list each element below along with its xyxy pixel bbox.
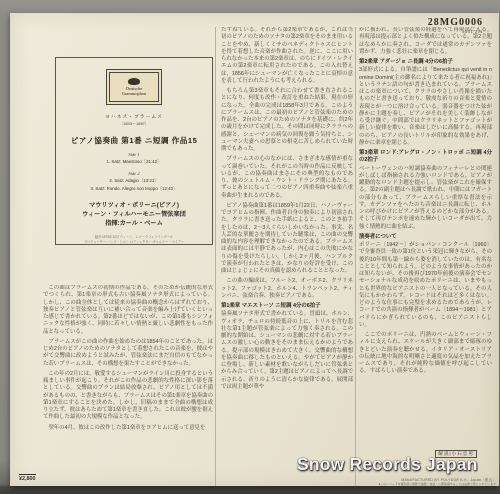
- paragraph: この曲の編成は、フルート2、オーボエ2、クラリネット2、ファゴット2、ホルン4、…: [221, 278, 353, 300]
- performers-section-heading: 演奏者について: [359, 234, 492, 241]
- paragraph: 翌年の4月、彼はこの改作した第1楽章をヨアヒムに送って意見を: [43, 425, 213, 432]
- side1-label: Side 1: [56, 152, 212, 157]
- side2-track1: 2. Satz: Adagio〔13:21〕: [56, 178, 212, 184]
- paragraph: この曲はブラームスの初期の作品である。そのためか伝統的な形式でつくられ、第1楽章…: [43, 285, 213, 336]
- composer-dates: 〔1833〜1897〕: [56, 121, 212, 127]
- paragraph: ブラームスがこの曲の作曲を始めたのは1854年のことであった。はじめ2台のピアノ…: [43, 339, 213, 368]
- price-label: ¥2,800: [19, 474, 36, 482]
- liner-notes-column-right: かに扱われ、長い管弦楽の経過をへて再現部に入る。再現部は提示部とよく似た構成にな…: [359, 27, 492, 473]
- movement3-heading: 第3楽章 ロンド:アレグロ・ノン・トロッポ ニ短調 4分の2拍子: [359, 150, 492, 165]
- composer-name: ヨハネス・ブラームス: [56, 113, 212, 120]
- deutsche-grammophon-logo-icon: Deutsche Grammophon: [106, 69, 162, 105]
- performer-conductor: 指揮:カール・ベーム: [56, 219, 212, 228]
- performer-orchestra: ウィーン・フィルハーモニー管弦楽団: [56, 210, 212, 219]
- column-divider: [215, 27, 216, 486]
- liner-notes-column-left: この曲はブラームスの初期の作品である。そのためか伝統的な形式でつくられ、第1楽章…: [43, 285, 213, 483]
- paragraph: ポリーニ〔1942〜〕がショパン・コンクール〔1960〕で全審査員一致の第1位と…: [359, 242, 492, 329]
- liner-notes-column-middle: たずねている。それから第2楽章であるが、これは当初のピアノのためのソナタの第2楽…: [221, 27, 353, 486]
- paragraph: ブラームスの心のなかには、さまざまな感情が重なって渦巻いていた。それがこの当時の…: [221, 156, 353, 200]
- manufacturer-block: MANUFACTURED BY POLYDOR K.K., Japan〔税込〕 …: [379, 478, 496, 486]
- title-info-box: Deutsche Grammophon ヨハネス・ブラームス 〔1833〜189…: [55, 57, 213, 245]
- snow-records-watermark: Snow Records Japan: [297, 454, 478, 475]
- paragraph: もちろん第3楽章もそれに合わせて書き直されることになり、何度も改作・改訂を重ねた…: [221, 88, 353, 153]
- movement2-heading: 第2楽章 アダージョ ニ長調 4分の6拍子: [359, 59, 492, 66]
- side2-track2: 3. Satz: Rondo. Allegro non troppo〔12:40…: [56, 186, 212, 192]
- paragraph: ベートーヴェンのハ短調協奏曲のフィナーレとの関連がしばしば指摘される力強いロンド…: [359, 166, 492, 231]
- work-title: ピアノ協奏曲 第1番 ニ短調 作品15: [56, 135, 212, 146]
- movement1-heading: 第1楽章 マエストーソ ニ短調 4分の6拍子: [221, 303, 353, 310]
- tulip-crest-icon: [128, 78, 140, 85]
- performers-block: マウリツィオ・ポリーニ(ピアノ) ウィーン・フィルハーモニー管弦楽団 指揮:カー…: [56, 201, 212, 228]
- credit-line: レコーディング・エンジニア:クラウス・シャイベ: [56, 244, 212, 245]
- paragraph: ピアノ協奏曲第1番は1859年1月22日、ハノーヴァーでヨアヒムの指揮、作曲者自…: [221, 203, 353, 276]
- recording-credits: 録音:1979年12月 ウィーン、ムジークフェラインザール プロデューサー:ハン…: [56, 235, 212, 245]
- performer-pianist: マウリツィオ・ポリーニ(ピアノ): [56, 201, 212, 210]
- column-divider: [355, 27, 356, 486]
- paragraph: かに扱われ、長い管弦楽の経過をへて再現部に入る。再現部は提示部とよく似た構成にな…: [359, 27, 492, 56]
- paragraph: たずねている。それから第2楽章であるが、これは当初のピアノのためのソナタの第2楽…: [221, 27, 353, 85]
- rights-notice-text: ●このレコードを権利者に無断で複製・放送・公開演奏することは法律で禁じられていま…: [379, 482, 496, 486]
- paragraph: この年の2月には、敬愛するシューマンがライン川に投身するという痛ましい事件が起こ…: [43, 371, 213, 422]
- album-back-cover: 28MG0006 2531 294 Deutsche Grammophon ヨハ…: [10, 13, 499, 486]
- paragraph: 協奏風ソナタ形式で書かれている。冒頭は、ホルン、ヴィオラ、チェロの持続低音の上に…: [221, 311, 353, 391]
- logo-text-line2: Grammophon: [122, 91, 146, 96]
- side1-track1: 1. Satz: Maestoso〔21:42〕: [56, 159, 212, 165]
- paragraph: ここでのポリーニは、円熟のベームとウィーン・フィルに支えられ、スケールが大きく細…: [359, 332, 492, 376]
- paragraph: 3部形式による。自筆譜には「Benedictus qui venit in no…: [359, 67, 492, 147]
- side2-label: Side 2: [56, 171, 212, 176]
